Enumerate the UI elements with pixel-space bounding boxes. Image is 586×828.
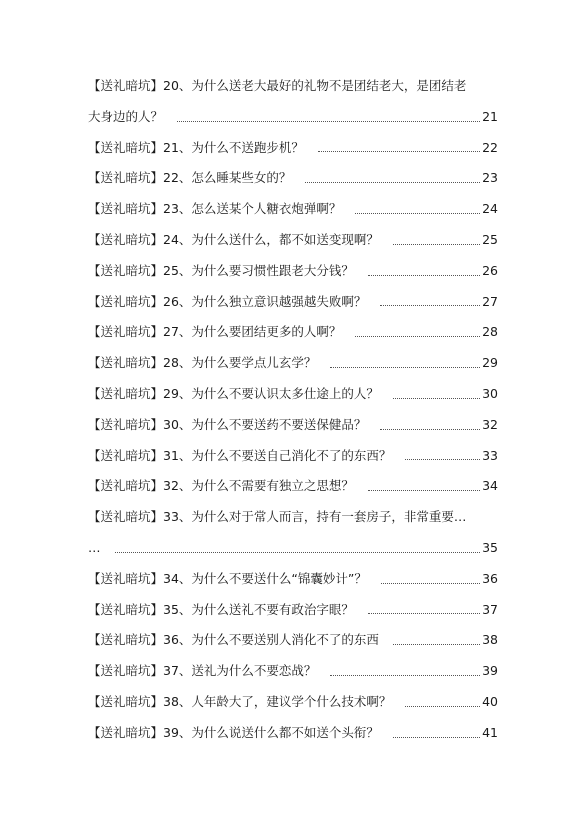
toc-entry-23[interactable]: 【送礼暗坑】23、怎么送某个人糖衣炮弹啊？24	[88, 194, 498, 225]
toc-entry-22[interactable]: 【送礼暗坑】22、怎么睡某些女的？23	[88, 163, 498, 194]
toc-entry-title: 【送礼暗坑】38、人年龄大了，建议学个什么技术啊？	[88, 687, 391, 718]
page-number: 29	[482, 348, 498, 379]
page-number: 26	[482, 256, 498, 287]
dot-leader	[177, 121, 480, 122]
dot-leader	[393, 398, 480, 399]
toc-line: 【送礼暗坑】33、为什么对于常人而言，持有一套房子，非常重要…	[88, 502, 498, 533]
toc-line: …35	[88, 533, 498, 564]
table-of-contents: 【送礼暗坑】20、为什么送老大最好的礼物不是团结老大，是团结老 大身边的人？21…	[88, 71, 498, 749]
dot-leader	[393, 737, 480, 738]
page-number: 23	[482, 163, 498, 194]
toc-entry-title: 【送礼暗坑】23、怎么送某个人糖衣炮弹啊？	[88, 194, 341, 225]
page-number: 39	[482, 656, 498, 687]
page-number: 38	[482, 625, 498, 656]
toc-entry-title: 【送礼暗坑】35、为什么送礼不要有政治字眼？	[88, 595, 354, 626]
toc-entry-34[interactable]: 【送礼暗坑】34、为什么不要送什么“锦囊妙计”？36	[88, 564, 498, 595]
toc-entry-33[interactable]: 【送礼暗坑】33、为什么对于常人而言，持有一套房子，非常重要… …35	[88, 502, 498, 564]
page-number: 25	[482, 225, 498, 256]
toc-entry-32[interactable]: 【送礼暗坑】32、为什么不需要有独立之思想？34	[88, 471, 498, 502]
toc-entry-25[interactable]: 【送礼暗坑】25、为什么要习惯性跟老大分钱？26	[88, 256, 498, 287]
toc-entry-title: 【送礼暗坑】20、为什么送老大最好的礼物不是团结老大，是团结老	[88, 71, 498, 102]
toc-entry-title: 【送礼暗坑】31、为什么不要送自己消化不了的东西？	[88, 441, 391, 472]
toc-entry-35[interactable]: 【送礼暗坑】35、为什么送礼不要有政治字眼？37	[88, 595, 498, 626]
toc-entry-title: 【送礼暗坑】30、为什么不要送药不要送保健品？	[88, 410, 366, 441]
toc-entry-27[interactable]: 【送礼暗坑】27、为什么要团结更多的人啊？28	[88, 317, 498, 348]
toc-entry-39[interactable]: 【送礼暗坑】39、为什么说送什么都不如送个头衔？41	[88, 718, 498, 749]
toc-entry-title: 【送礼暗坑】21、为什么不送跑步机？	[88, 133, 304, 164]
toc-entry-title: 【送礼暗坑】26、为什么独立意识越强越失败啊？	[88, 287, 366, 318]
page-number: 30	[482, 379, 498, 410]
toc-entry-title: 【送礼暗坑】25、为什么要习惯性跟老大分钱？	[88, 256, 354, 287]
dot-leader	[405, 459, 480, 460]
toc-entry-title-cont: …	[88, 533, 101, 564]
dot-leader	[355, 213, 480, 214]
dot-leader	[393, 244, 480, 245]
toc-entry-24[interactable]: 【送礼暗坑】24、为什么送什么，都不如送变现啊？25	[88, 225, 498, 256]
dot-leader	[380, 429, 480, 430]
toc-entry-title: 【送礼暗坑】36、为什么不要送别人消化不了的东西	[88, 625, 379, 656]
dot-leader	[368, 275, 480, 276]
toc-entry-title: 【送礼暗坑】28、为什么要学点儿玄学？	[88, 348, 316, 379]
dot-leader	[355, 336, 480, 337]
toc-entry-title: 【送礼暗坑】24、为什么送什么，都不如送变现啊？	[88, 225, 379, 256]
dot-leader	[115, 552, 481, 553]
dot-leader	[330, 367, 480, 368]
page-number: 35	[482, 533, 498, 564]
page-number: 22	[482, 133, 498, 164]
page-number: 36	[482, 564, 498, 595]
toc-entry-title: 【送礼暗坑】34、为什么不要送什么“锦囊妙计”？	[88, 564, 367, 595]
page-number: 37	[482, 595, 498, 626]
toc-entry-31[interactable]: 【送礼暗坑】31、为什么不要送自己消化不了的东西？33	[88, 441, 498, 472]
toc-line: 【送礼暗坑】20、为什么送老大最好的礼物不是团结老大，是团结老	[88, 71, 498, 102]
toc-entry-title: 【送礼暗坑】29、为什么不要认识太多仕途上的人？	[88, 379, 379, 410]
dot-leader	[330, 675, 480, 676]
dot-leader	[318, 151, 480, 152]
page-number: 34	[482, 471, 498, 502]
toc-entry-title: 【送礼暗坑】33、为什么对于常人而言，持有一套房子，非常重要…	[88, 502, 498, 533]
page-number: 21	[482, 102, 498, 133]
page-number: 24	[482, 194, 498, 225]
page-number: 32	[482, 410, 498, 441]
page-number: 40	[482, 687, 498, 718]
toc-entry-36[interactable]: 【送礼暗坑】36、为什么不要送别人消化不了的东西38	[88, 625, 498, 656]
toc-entry-21[interactable]: 【送礼暗坑】21、为什么不送跑步机？22	[88, 133, 498, 164]
dot-leader	[405, 706, 480, 707]
dot-leader	[368, 613, 480, 614]
page-number: 33	[482, 441, 498, 472]
dot-leader	[305, 182, 480, 183]
toc-entry-28[interactable]: 【送礼暗坑】28、为什么要学点儿玄学？29	[88, 348, 498, 379]
toc-entry-title: 【送礼暗坑】22、怎么睡某些女的？	[88, 163, 291, 194]
toc-entry-title: 【送礼暗坑】27、为什么要团结更多的人啊？	[88, 317, 341, 348]
page-number: 41	[482, 718, 498, 749]
page-number: 28	[482, 317, 498, 348]
toc-entry-title: 【送礼暗坑】37、送礼为什么不要恋战？	[88, 656, 316, 687]
toc-entry-title: 【送礼暗坑】39、为什么说送什么都不如送个头衔？	[88, 718, 379, 749]
toc-entry-37[interactable]: 【送礼暗坑】37、送礼为什么不要恋战？39	[88, 656, 498, 687]
toc-entry-30[interactable]: 【送礼暗坑】30、为什么不要送药不要送保健品？32	[88, 410, 498, 441]
toc-entry-38[interactable]: 【送礼暗坑】38、人年龄大了，建议学个什么技术啊？40	[88, 687, 498, 718]
dot-leader	[380, 305, 480, 306]
dot-leader	[368, 490, 480, 491]
dot-leader	[393, 644, 480, 645]
toc-entry-26[interactable]: 【送礼暗坑】26、为什么独立意识越强越失败啊？27	[88, 287, 498, 318]
toc-entry-title-cont: 大身边的人？	[88, 102, 163, 133]
dot-leader	[381, 583, 480, 584]
toc-entry-20[interactable]: 【送礼暗坑】20、为什么送老大最好的礼物不是团结老大，是团结老 大身边的人？21	[88, 71, 498, 133]
toc-entry-29[interactable]: 【送礼暗坑】29、为什么不要认识太多仕途上的人？30	[88, 379, 498, 410]
toc-line: 大身边的人？21	[88, 102, 498, 133]
page-number: 27	[482, 287, 498, 318]
toc-entry-title: 【送礼暗坑】32、为什么不需要有独立之思想？	[88, 471, 354, 502]
